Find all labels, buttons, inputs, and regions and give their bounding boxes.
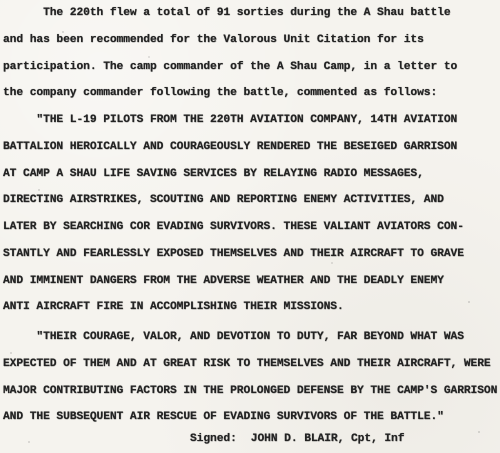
document-line: "THE L-19 PILOTS FROM THE 220TH AVIATION… — [3, 107, 500, 134]
document-line: STANTLY AND FEARLESSLY EXPOSED THEMSELVE… — [3, 241, 500, 268]
scan-noise-specks — [0, 0, 2, 2]
document-line: BATTALION HEROICALLY AND COURAGEOUSLY RE… — [3, 134, 500, 161]
document-line: participation. The camp commander of the… — [3, 54, 500, 81]
document-line: DIRECTING AIRSTRIKES, SCOUTING AND REPOR… — [3, 187, 500, 214]
paragraph-narrative: The 220th flew a total of 91 sorties dur… — [3, 0, 500, 107]
scanned-document-page: The 220th flew a total of 91 sorties dur… — [0, 0, 500, 453]
document-line: ANTI AIRCRAFT FIRE IN ACCOMPLISHING THEI… — [3, 294, 500, 321]
document-line: "THEIR COURAGE, VALOR, AND DEVOTION TO D… — [3, 324, 500, 351]
document-line: MAJOR CONTRIBUTING FACTORS IN THE PROLON… — [3, 378, 500, 405]
document-line: and has been recommended for the Valorou… — [3, 27, 500, 54]
document-line: the company commander following the batt… — [3, 80, 500, 107]
signed-name: JOHN D. BLAIR, Cpt, Inf — [251, 426, 405, 453]
document-line: The 220th flew a total of 91 sorties dur… — [3, 0, 500, 27]
paragraph-quote-2: "THEIR COURAGE, VALOR, AND DEVOTION TO D… — [3, 324, 500, 431]
document-line: EXPECTED OF THEM AND AT GREAT RISK TO TH… — [3, 351, 500, 378]
paragraph-quote-1: "THE L-19 PILOTS FROM THE 220TH AVIATION… — [3, 107, 500, 321]
document-line: LATER BY SEARCHING COR EVADING SURVIVORS… — [3, 214, 500, 241]
signed-label: Signed: — [190, 426, 237, 453]
document-line: AT CAMP A SHAU LIFE SAVING SERVICES BY R… — [3, 161, 500, 188]
document-line: AND IMMINENT DANGERS FROM THE ADVERSE WE… — [3, 268, 500, 295]
